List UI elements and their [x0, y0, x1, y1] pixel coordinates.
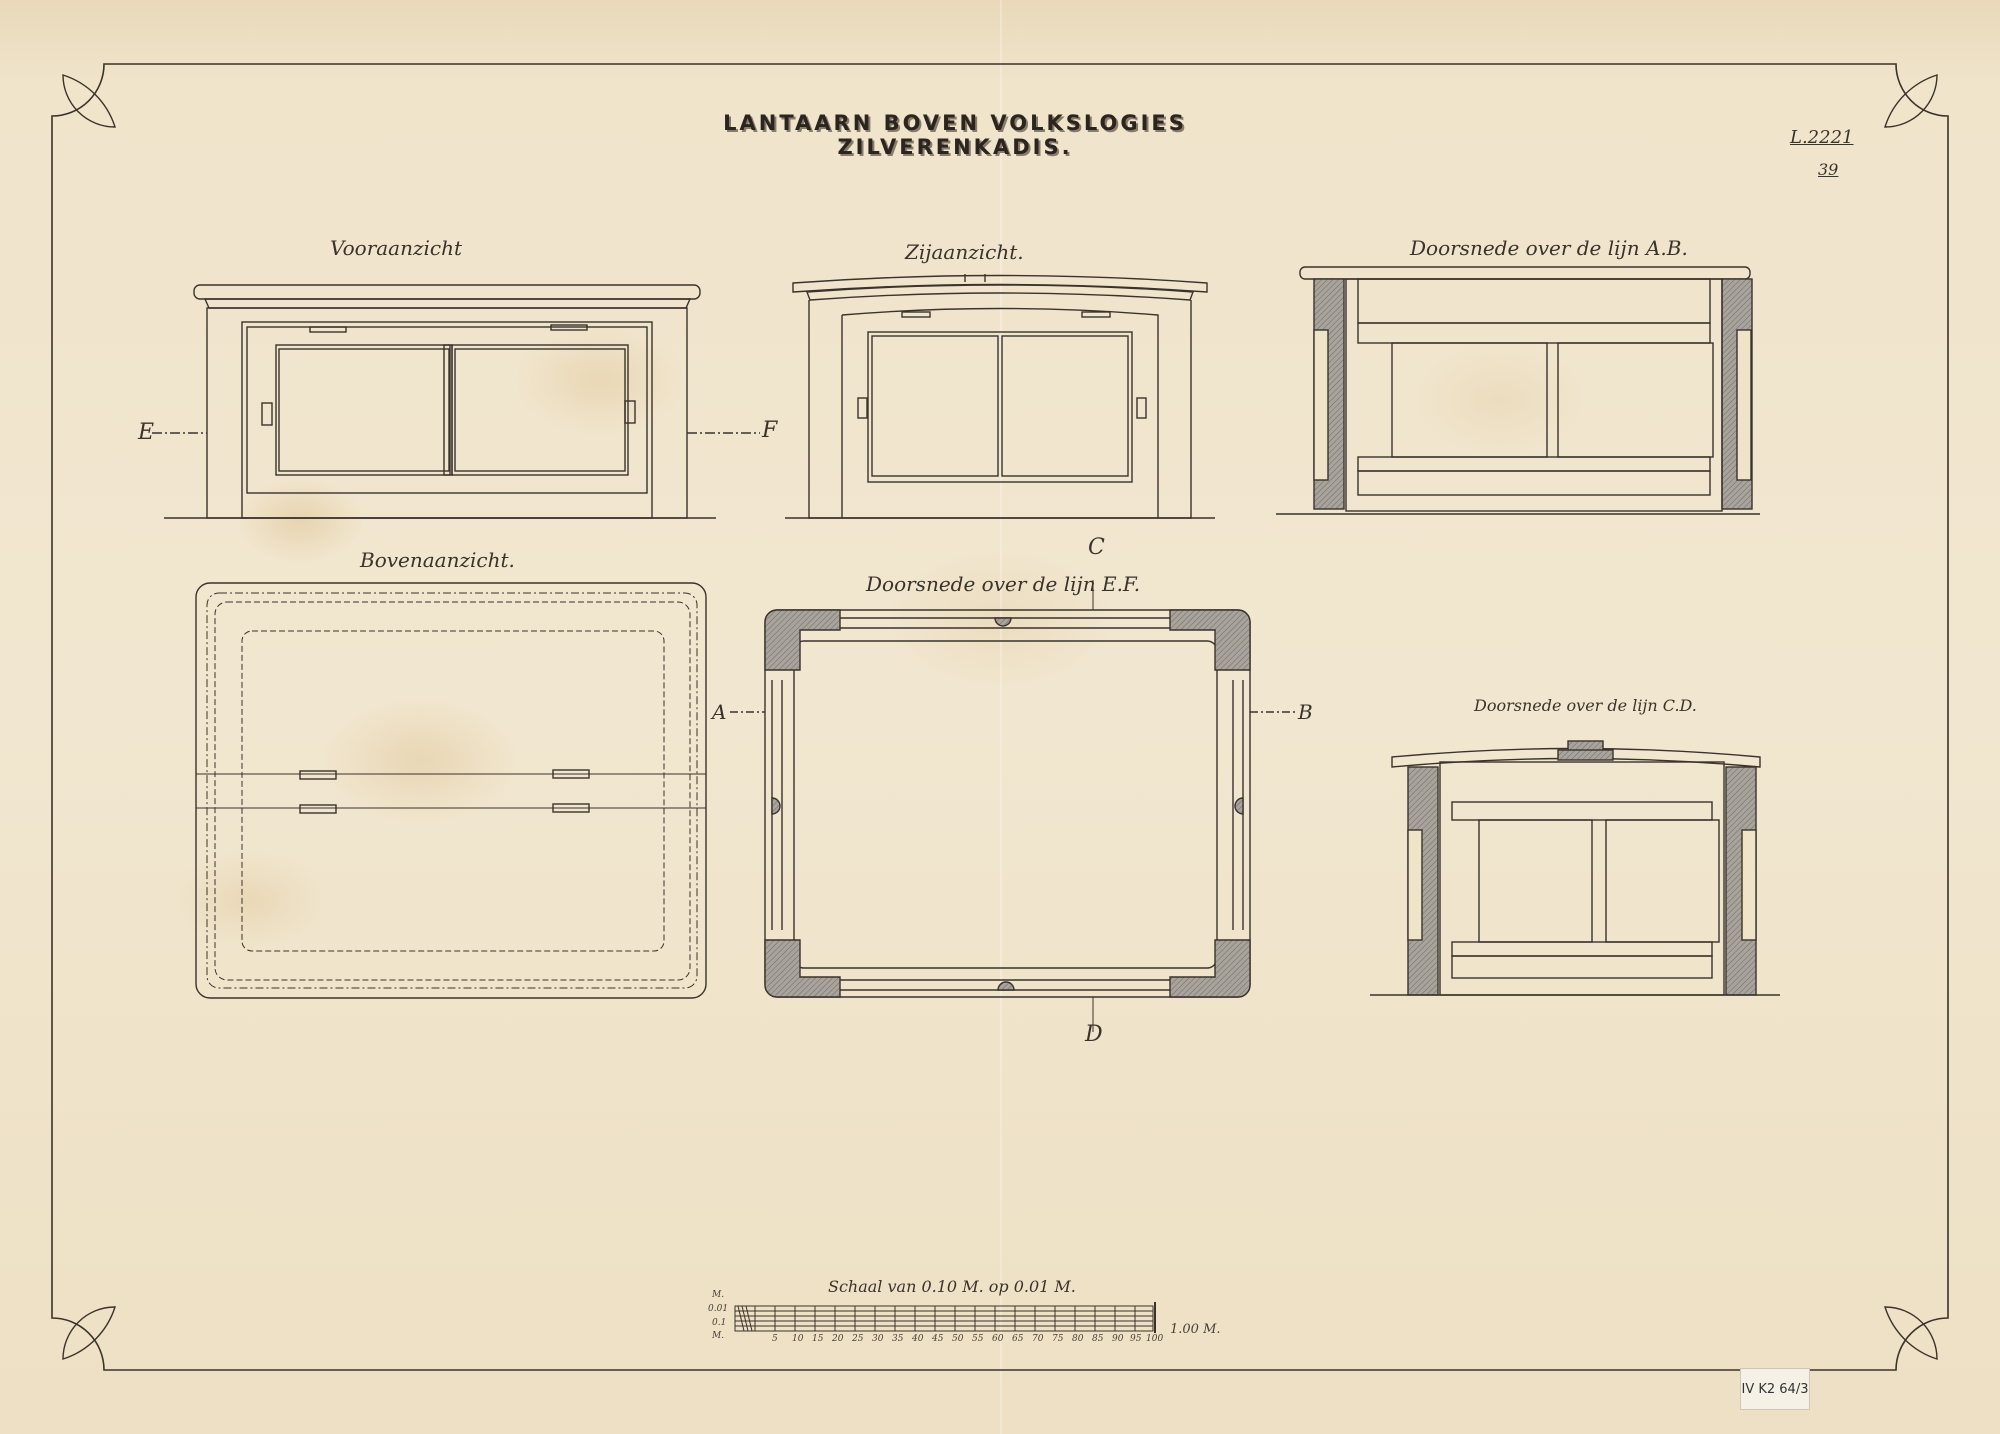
scale-bar-drawing	[735, 1302, 1155, 1333]
scale-tick: 15	[812, 1334, 823, 1344]
section-cd-drawing	[1370, 741, 1780, 995]
drawing-title: LANTAARN BOVEN VOLKSLOGIES ZILVERENKADIS…	[640, 111, 1270, 159]
scale-tick: 20	[832, 1334, 843, 1344]
marker-e: E	[138, 420, 154, 445]
scale-tick: 45	[932, 1334, 943, 1344]
scale-tick: 30	[872, 1334, 883, 1344]
section-ab-drawing	[1276, 267, 1760, 514]
view-label-section-ab: Doorsnede over de lijn A.B.	[1410, 236, 1688, 260]
marker-d: D	[1085, 1022, 1103, 1047]
front-view-drawing	[152, 285, 760, 518]
scale-tick: 50	[952, 1334, 963, 1344]
scale-left-label-2: 0.1	[712, 1318, 726, 1328]
technical-drawing	[0, 0, 2000, 1434]
top-view-drawing	[196, 583, 706, 998]
sheet-ref-bottom: 39	[1818, 160, 1838, 179]
scale-tick: 70	[1032, 1334, 1043, 1344]
scale-tick: 80	[1072, 1334, 1083, 1344]
scale-tick: 60	[992, 1334, 1003, 1344]
scale-tick: 95	[1130, 1334, 1141, 1344]
side-view-drawing	[785, 274, 1215, 518]
scale-tick: 75	[1052, 1334, 1063, 1344]
marker-b: B	[1298, 700, 1313, 724]
scale-caption: Schaal van 0.10 M. op 0.01 M.	[828, 1277, 1076, 1296]
scale-left-label-1: 0.01	[708, 1304, 728, 1314]
scale-tick: 90	[1112, 1334, 1123, 1344]
view-label-section-ef: Doorsnede over de lijn E.F.	[866, 572, 1140, 596]
scale-tick: 10	[792, 1334, 803, 1344]
scale-tick: 5	[772, 1334, 778, 1344]
marker-c: C	[1088, 535, 1105, 560]
view-label-front: Vooraanzicht	[330, 236, 462, 260]
marker-f: F	[762, 418, 777, 443]
scale-tick: 65	[1012, 1334, 1023, 1344]
view-label-section-cd: Doorsnede over de lijn C.D.	[1474, 696, 1697, 715]
scale-end-label: 1.00 M.	[1170, 1322, 1221, 1337]
scale-tick: 35	[892, 1334, 903, 1344]
scale-tick: 40	[912, 1334, 923, 1344]
archive-label: IV K2 64/3	[1740, 1368, 1810, 1410]
view-label-side: Zijaanzicht.	[905, 240, 1024, 264]
scale-tick: 25	[852, 1334, 863, 1344]
scale-tick: 100	[1146, 1334, 1163, 1344]
scale-tick: 85	[1092, 1334, 1103, 1344]
scale-left-label-3: M.	[712, 1331, 724, 1341]
sheet-ref-top: L.2221	[1790, 127, 1853, 148]
view-label-top: Bovenaanzicht.	[360, 548, 515, 572]
section-ef-drawing	[730, 580, 1295, 1032]
marker-a: A	[712, 700, 726, 724]
scale-tick: 55	[972, 1334, 983, 1344]
scale-left-label-0: M.	[712, 1290, 724, 1300]
